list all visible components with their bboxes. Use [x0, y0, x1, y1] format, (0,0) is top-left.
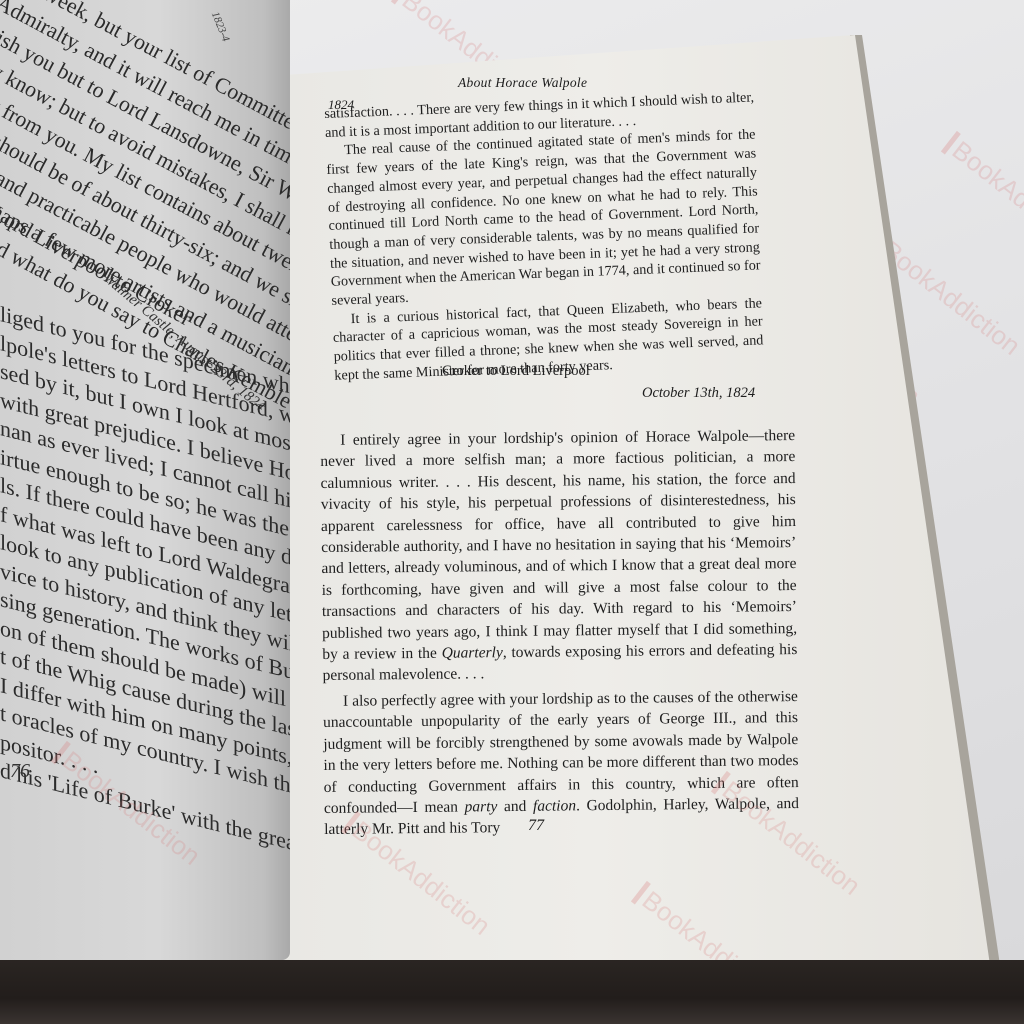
- emphasis: faction: [533, 797, 576, 814]
- paragraph: I also perfectly agree with your lordshi…: [323, 686, 800, 841]
- left-page: 1823-4 one week, but your list of Commit…: [0, 0, 290, 960]
- letter-heading: Croker to Lord Liverpool: [442, 363, 590, 380]
- running-head: About Horace Walpole: [458, 75, 587, 91]
- letter-date: October 13th, 1824: [642, 385, 755, 402]
- paragraph: I entirely agree in your lordship's opin…: [320, 425, 798, 687]
- emphasis: party: [465, 798, 498, 815]
- left-page-number: 76: [10, 760, 30, 783]
- journal-title: Quarterly: [442, 644, 503, 662]
- page-number: 77: [528, 817, 544, 835]
- left-letter-body: liged to you for the specimen which you …: [0, 300, 290, 888]
- letter-body: I entirely agree in your lordship's opin…: [320, 425, 799, 841]
- paragraph: The real cause of the continued agitated…: [325, 126, 761, 311]
- left-running-head: 1823-4: [209, 10, 232, 43]
- shadow-below-book: [0, 960, 1024, 1024]
- continued-letter-text: satisfaction. . . . There are very few t…: [324, 88, 764, 385]
